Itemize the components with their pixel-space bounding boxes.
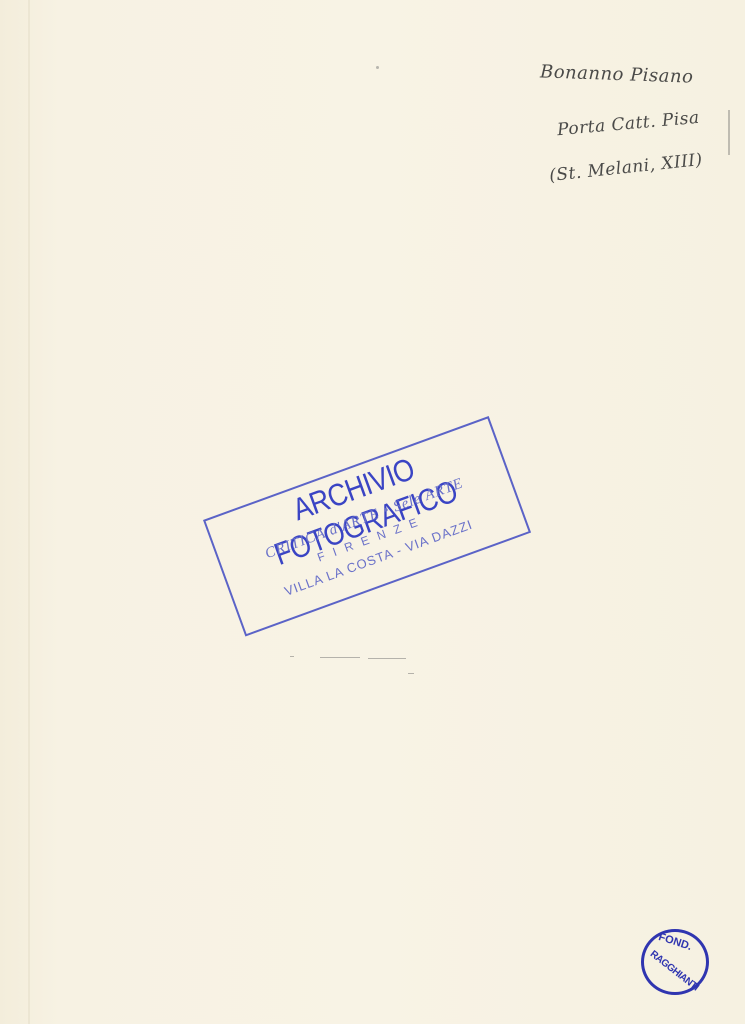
foundation-stamp-top: FOND. bbox=[657, 931, 693, 953]
paper-marks bbox=[290, 655, 430, 680]
handwritten-line-artist: Bonanno Pisano bbox=[540, 63, 694, 86]
foundation-stamp: FOND. RAGGHIANTI bbox=[641, 929, 709, 995]
pencil-mark bbox=[728, 110, 730, 155]
foundation-stamp-bottom: RAGGHIANTI bbox=[648, 949, 701, 994]
paper-speck bbox=[376, 66, 379, 69]
paper-edge-line bbox=[28, 0, 30, 1024]
